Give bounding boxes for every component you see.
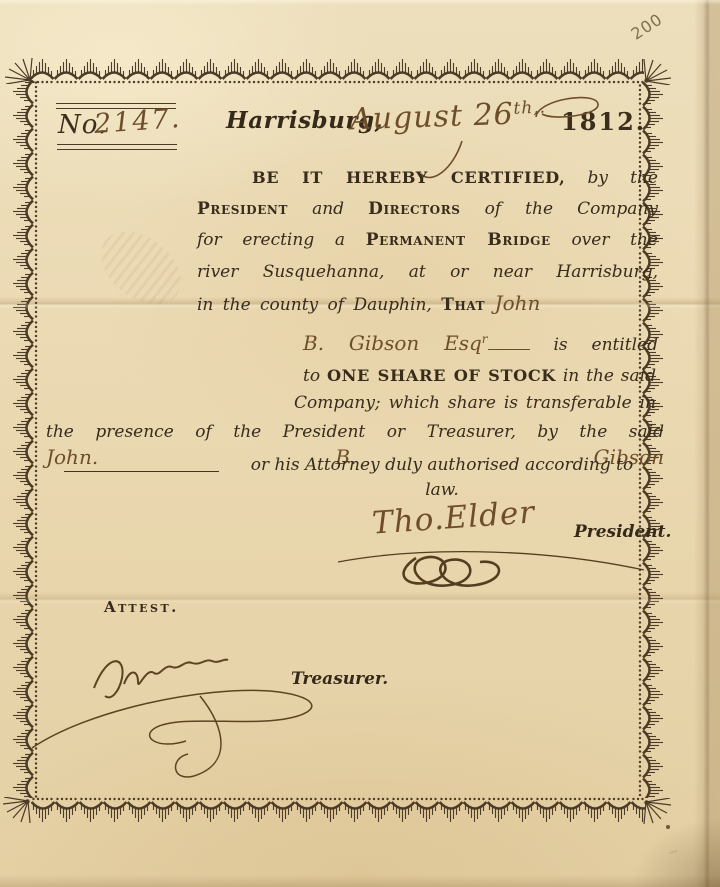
body-line: President and Directors of the Company (197, 197, 658, 222)
border-corner-icon (0, 50, 34, 84)
border-top (30, 58, 644, 85)
president-signature-flourish (332, 540, 652, 600)
paper-edge (694, 0, 720, 887)
pencil-annotation: 200 (628, 9, 666, 43)
printed-text: President (197, 199, 288, 219)
printed-text: the presence of the President or Treasur… (46, 422, 664, 442)
printed-text: in the said (556, 366, 656, 386)
printed-text: ONE SHARE OF STOCK (327, 366, 556, 385)
ink-spot (666, 825, 670, 829)
handwritten-text: John (495, 291, 541, 315)
printed-text: Directors (368, 199, 460, 219)
printed-text: or his Attorney duly authorised accordin… (251, 455, 633, 500)
body-line: for erecting a Permanent Bridge over the (197, 228, 658, 253)
blank-line-rule (64, 471, 219, 472)
printed-text: Company; which share is transferable in (294, 393, 656, 413)
printed-text: for erecting a (197, 230, 366, 250)
body-line: or his Attorney duly authorised accordin… (240, 453, 644, 503)
border-corner-icon (0, 797, 32, 831)
attest-label: Attest. (104, 598, 179, 616)
body-line: in the county of Dauphin, That John (197, 291, 658, 318)
printed-text: BE IT HEREBY CERTIFIED, (252, 168, 565, 187)
body-line: river Susquehanna, at or near Harrisburg… (197, 260, 658, 285)
certificate-number: 2147. (93, 103, 182, 140)
paper-edge (0, 0, 720, 5)
printed-text: river Susquehanna, at or near Harrisburg… (197, 262, 658, 282)
printed-text: Permanent Bridge (366, 230, 551, 250)
treasurer-signature (28, 626, 348, 786)
body-line: Company; which share is transferable in (294, 391, 656, 416)
printed-text: of the Company (461, 199, 658, 219)
printed-text: by the (565, 168, 658, 188)
number-rule-bottom (57, 144, 177, 150)
body-line: to ONE SHARE OF STOCK in the said (303, 363, 656, 389)
handwritten-text: B. Gibson Esq (303, 331, 482, 355)
president-title: President. (574, 522, 671, 542)
body-line: BE IT HEREBY CERTIFIED, by the (252, 165, 658, 191)
border-corner-icon (642, 51, 676, 85)
border-bottom (31, 796, 645, 823)
printed-text (485, 295, 494, 315)
paper-edge (0, 875, 720, 887)
printed-text: in the county of Dauphin, (197, 295, 441, 315)
printed-text: is entitled (530, 335, 658, 355)
printed-text: That (441, 295, 485, 315)
printed-text: to (303, 366, 327, 386)
certificate-document: 200 ~ No. 2147. Harrisburg, August 26th,… (0, 0, 720, 887)
printed-text (488, 332, 530, 350)
printed-text: and (288, 199, 368, 219)
printed-text: over the (551, 230, 658, 250)
body-line: B. Gibson Esqr is entitled (303, 327, 658, 358)
